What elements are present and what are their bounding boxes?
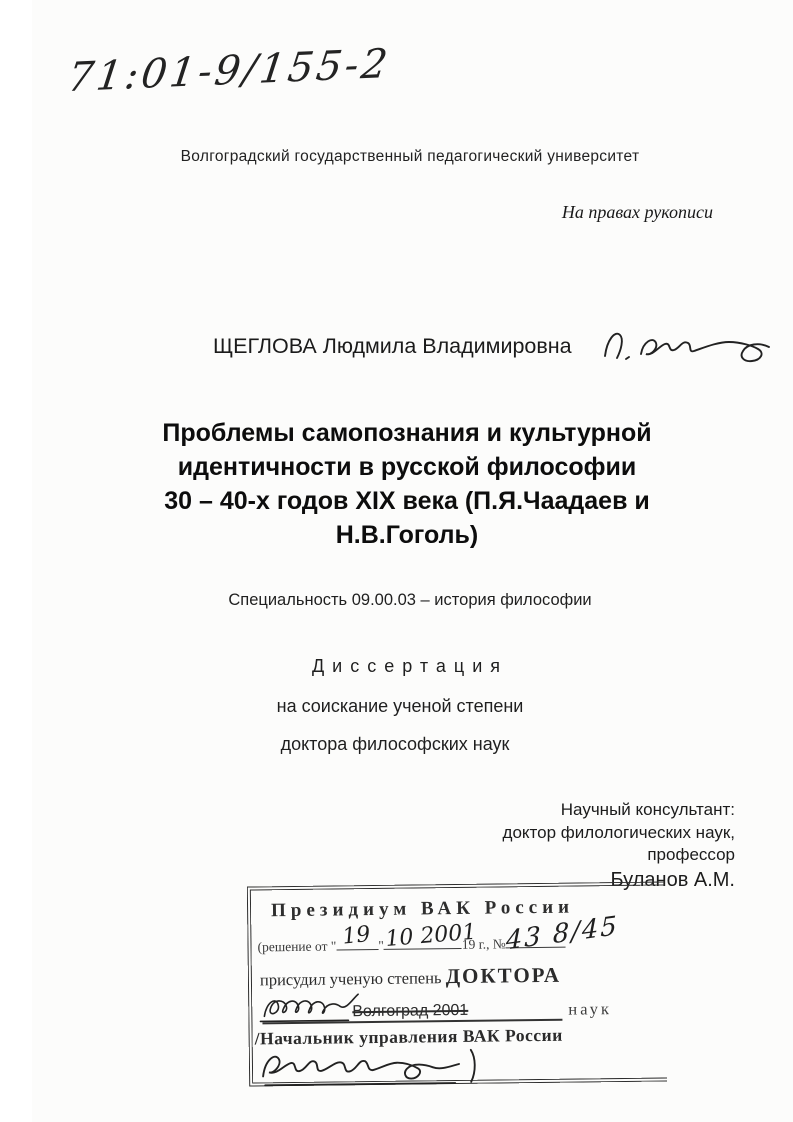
scanned-dissertation-title-page: 71:01-9/155-2 Волгоградский государствен…: [0, 0, 793, 1122]
degree-word: ДОКТОРА: [445, 963, 561, 988]
vak-approval-stamp: Президиум ВАК России (решение от "19"10 …: [247, 881, 667, 1086]
manuscript-rights-note: На правах рукописи: [562, 202, 713, 223]
decision-prefix: (решение от ": [257, 938, 336, 954]
decision-day-blank: 19: [336, 937, 378, 951]
city-year-strikethrough: Волгоград 2001: [352, 1002, 468, 1021]
official-signature: [255, 1039, 546, 1093]
handwritten-day: 19: [341, 922, 371, 950]
specialty-line: Специальность 09.00.03 – история философ…: [60, 591, 760, 610]
title-line-4: Н.В.Гоголь): [77, 518, 737, 552]
title-line-1: Проблемы самопознания и культурной: [77, 416, 737, 450]
consultant-degree: доктор филологических наук,: [503, 822, 735, 845]
university-name: Волгоградский государственный педагогиче…: [60, 148, 760, 166]
consultant-rank: профессор: [503, 844, 735, 867]
title-line-3: 30 – 40-х годов XIX века (П.Я.Чаадаев и: [77, 484, 737, 518]
dissertation-title: Проблемы самопознания и культурной идент…: [77, 416, 737, 552]
dissertation-label: Диссертация: [60, 656, 760, 677]
stamp-decision-line: (решение от "19"10 200119 г., №43 8/45: [257, 935, 565, 956]
dissertation-degree-line: доктора философских наук: [60, 734, 730, 755]
title-line-2: идентичности в русской философии: [77, 450, 737, 484]
stamp-nauk-word: наук: [568, 999, 612, 1020]
author-name: ЩЕГЛОВА Людмила Владимировна: [213, 334, 572, 359]
dissertation-purpose-line: на соискание ученой степени: [60, 696, 740, 717]
consultant-heading: Научный консультант:: [503, 799, 735, 822]
decision-suffix: г., №: [475, 936, 506, 951]
author-signature: [595, 318, 775, 373]
decision-number-blank: 43 8/45: [506, 935, 566, 949]
decision-month-blank: 10 2001: [384, 936, 462, 950]
stamp-title: Президиум ВАК России: [271, 897, 574, 923]
consultant-block: Научный консультант: доктор филологическ…: [503, 799, 735, 891]
